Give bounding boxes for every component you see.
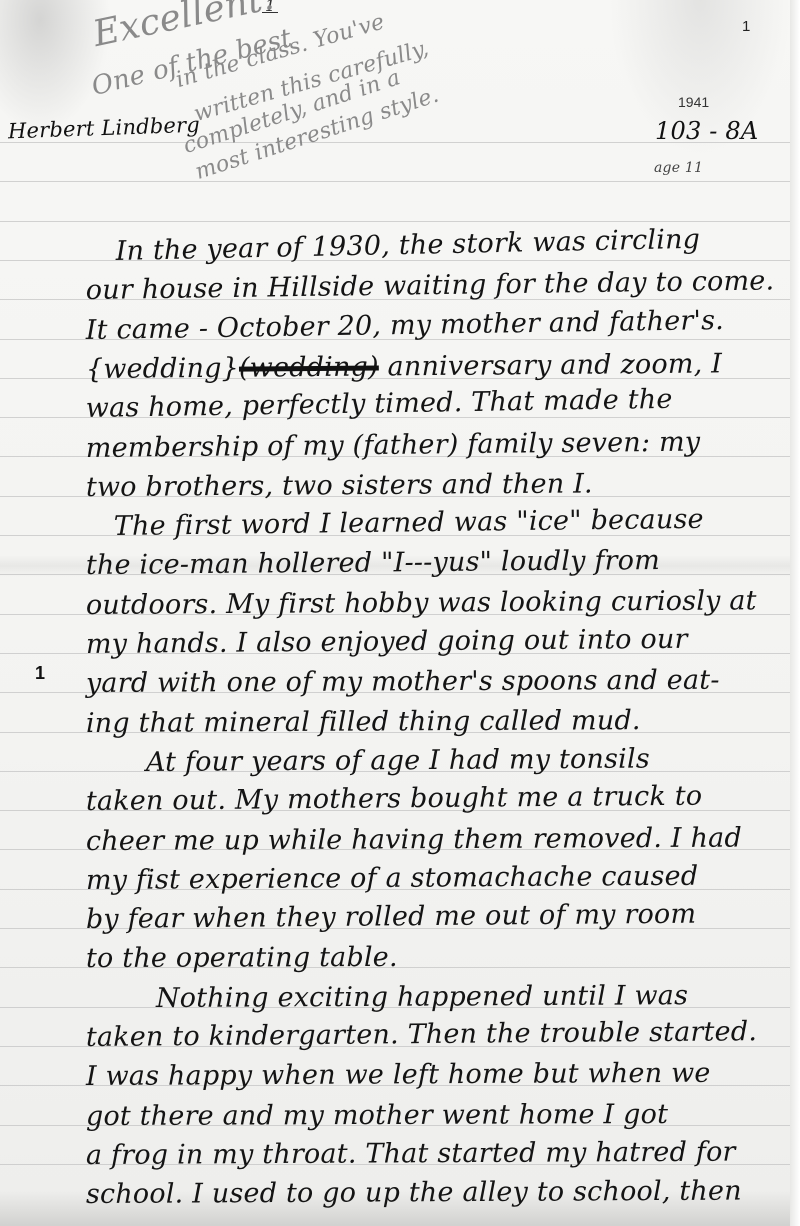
essay-line-text: membership of my (father) family seven: … (86, 427, 701, 464)
essay-line: {wedding}(wedding) anniversary and zoom,… (86, 348, 722, 385)
year-label: 1941 (678, 94, 709, 110)
essay-line-text: yard with one of my mother's spoons and … (86, 665, 720, 699)
ruled-line (0, 181, 790, 182)
essay-line: two brothers, two sisters and then I. (86, 468, 593, 503)
struck-out-word: (wedding) (239, 351, 379, 383)
essay-line: to the operating table. (86, 942, 398, 974)
age-label: age 11 (654, 160, 703, 176)
essay-line-text: Nothing exciting happened until I was (156, 980, 688, 1014)
essay-line-text: taken to kindergarten. Then the trouble … (86, 1016, 757, 1053)
essay-line: my fist experience of a stomachache caus… (86, 861, 699, 896)
essay-line-text: got there and my mother went home I got (86, 1099, 668, 1132)
ruled-line (0, 221, 790, 222)
essay-line: Nothing exciting happened until I was (156, 980, 688, 1014)
essay-line-text: taken out. My mothers bought me a truck … (86, 781, 703, 817)
essay-line: I was happy when we left home but when w… (86, 1058, 711, 1092)
essay-line: a frog in my throat. That started my hat… (86, 1137, 736, 1171)
essay-line-text: ing that mineral filled thing called mud… (86, 705, 641, 739)
essay-line-text: anniversary and zoom, I (379, 348, 723, 382)
essay-line: the ice-man hollered "I---yus" loudly fr… (86, 545, 660, 581)
essay-line: yard with one of my mother's spoons and … (86, 665, 720, 699)
essay-line: got there and my mother went home I got (86, 1099, 668, 1132)
essay-line-text: outdoors. My first hobby was looking cur… (86, 585, 757, 621)
essay-line: by fear when they rolled me out of my ro… (86, 899, 697, 935)
essay-line-text: school. I used to go up the alley to sch… (86, 1176, 742, 1210)
essay-line-text: to the operating table. (86, 942, 398, 974)
essay-line: taken out. My mothers bought me a truck … (86, 781, 703, 817)
essay-line-text: I was happy when we left home but when w… (86, 1058, 711, 1092)
essay-line-text: At four years of age I had my tonsils (146, 743, 650, 778)
essay-line-text: by fear when they rolled me out of my ro… (86, 899, 697, 935)
essay-line-text: a frog in my throat. That started my hat… (86, 1137, 736, 1171)
essay-line: cheer me up while having them removed. I… (86, 823, 742, 857)
essay-line: school. I used to go up the alley to sch… (86, 1176, 742, 1210)
class-code: 103 - 8A (655, 117, 758, 145)
essay-line: At four years of age I had my tonsils (146, 743, 650, 778)
essay-line-text: my hands. I also enjoyed going out into … (86, 624, 688, 660)
essay-line-text: two brothers, two sisters and then I. (86, 468, 593, 503)
essay-line: taken to kindergarten. Then the trouble … (86, 1016, 757, 1053)
page-right-edge (790, 0, 800, 1226)
essay-line-text: the ice-man hollered "I---yus" loudly fr… (86, 545, 660, 581)
page-number-top-right: 1 (742, 18, 750, 35)
essay-line: outdoors. My first hobby was looking cur… (86, 585, 757, 621)
essay-line: membership of my (father) family seven: … (86, 427, 701, 464)
essay-line: my hands. I also enjoyed going out into … (86, 624, 688, 660)
page-number-left-margin: 1 (35, 663, 45, 684)
essay-line-text: my fist experience of a stomachache caus… (86, 861, 699, 896)
essay-line-text: cheer me up while having them removed. I… (86, 823, 742, 857)
inserted-word: {wedding} (86, 353, 239, 385)
essay-line: ing that mineral filled thing called mud… (86, 705, 641, 739)
